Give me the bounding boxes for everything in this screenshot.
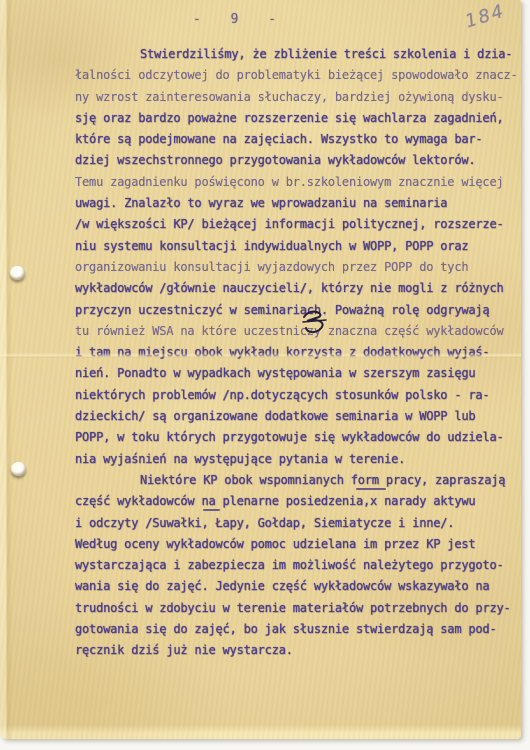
- text-line: POPP, w toku których przygotowuje się wy…: [75, 427, 523, 448]
- text-line: wykładowców /głównie nauczycieli/, którz…: [75, 278, 523, 299]
- text-line: sję oraz bardzo poważne rozszerzenie się…: [75, 108, 523, 129]
- text-line: dzieckich/ są organizowane dodatkowe sem…: [75, 406, 523, 427]
- text-line: niektórych problemów /np.dotyczących sto…: [75, 385, 523, 406]
- paper-fastener-dot: [11, 462, 26, 476]
- text-line: niu systemu konsultacji indywidualnych w…: [75, 236, 523, 257]
- pen-underline-mark: [356, 488, 386, 490]
- text-line: ręcznik dziś już nie wystarcza.: [75, 640, 523, 661]
- pen-underline-mark: [203, 509, 220, 511]
- text-line: które są podejmowane na zajęciach. Wszys…: [75, 129, 523, 150]
- paper-sheet: - 9 - 184 Stwierdziliśmy, że zbliżenie t…: [0, 0, 521, 739]
- text-line: Temu zagadnienku poświęcono w br.szkolen…: [75, 172, 523, 193]
- fold-crease: [0, 353, 521, 358]
- text-line: uwagi. Znalazło to wyraz we wprowadzaniu…: [75, 193, 523, 214]
- text-line: Według oceny wykładowców pomoc udzielana…: [75, 534, 523, 555]
- text-line: część wykładowców na plenarne posiedzeni…: [75, 491, 523, 512]
- text-line: dziej wszechstronnego przygotowania wykł…: [75, 150, 523, 171]
- text-line: trudności w zdobyciu w terenie materiałó…: [75, 598, 523, 619]
- text-line: organizowaniu konsultacji wyjazdowych pr…: [75, 257, 523, 278]
- paper-fastener-dot: [10, 266, 25, 280]
- scanned-document-page: - 9 - 184 Stwierdziliśmy, że zbliżenie t…: [0, 0, 530, 750]
- handwritten-correction-mark: [301, 309, 329, 337]
- text-line: nień. Ponadto w wypadkach występowania w…: [75, 363, 523, 384]
- text-line: /w większości KP/ bieżącej informacji po…: [75, 214, 523, 235]
- handwritten-folio-number: 184: [462, 1, 507, 33]
- text-line: gotowania się do zajęć, bo jak słusznie …: [75, 619, 523, 640]
- page-number: - 9 -: [193, 12, 287, 27]
- text-line: Stwierdziliśmy, że zbliżenie treści szko…: [75, 44, 523, 65]
- text-line: i odczyty /Suwałki, Łapy, Gołdap, Siemia…: [75, 513, 523, 534]
- text-line: przyczyn uczestniczyć w seminariach. Pow…: [75, 300, 523, 321]
- text-line: Niektóre KP obok wspomnianych form pracy…: [75, 470, 523, 491]
- text-line: wania się do zajęć. Jedynie część wykład…: [75, 576, 523, 597]
- text-line: nia wyjaśnień na występujące pytania w t…: [75, 449, 523, 470]
- text-line: ny wzrost zainteresowania słuchaczy, bar…: [75, 87, 523, 108]
- text-line: wystarczająca i zabezpiecza im możliwość…: [75, 555, 523, 576]
- text-line: łalności odczytowej do problematyki bież…: [75, 65, 523, 86]
- text-line: tu również WSA na które uczestniczy znac…: [75, 321, 523, 342]
